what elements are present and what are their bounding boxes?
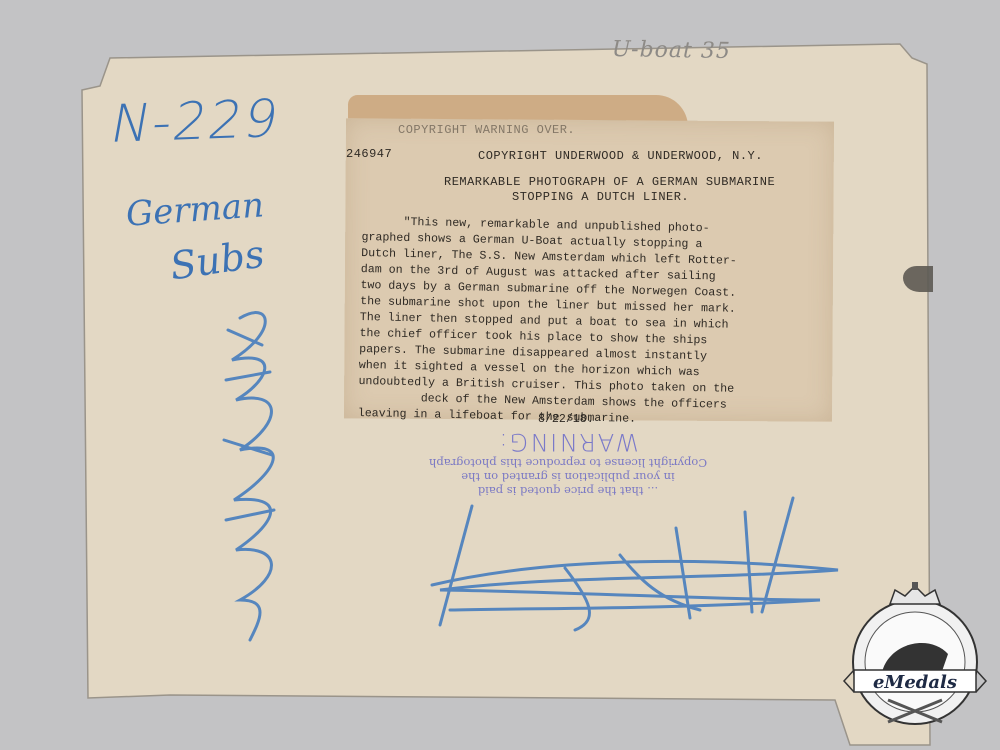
copyright-line: COPYRIGHT UNDERWOOD & UNDERWOOD, N.Y. (478, 148, 763, 164)
clipping-header: COPYRIGHT WARNING OVER. (398, 122, 575, 138)
stamp-line3: ... that the price quoted is paid (418, 484, 718, 498)
caption-title-line1: REMARKABLE PHOTOGRAPH OF A GERMAN SUBMAR… (444, 174, 775, 190)
caption-body: "This new, remarkable and unpublished ph… (358, 214, 738, 430)
stamp-line2: in your publication is granted on the (418, 470, 718, 484)
caption-date: 8/22/18. (538, 412, 594, 428)
caption-title-line2: STOPPING A DUTCH LINER. (512, 189, 689, 205)
brand-text: eMedals (873, 672, 957, 693)
edge-stain (903, 266, 933, 292)
photo-id: 246947 (346, 146, 392, 162)
stamp-line1: Copyright license to reproduce this phot… (418, 456, 718, 470)
emedals-badge-icon: eMedals (840, 582, 990, 732)
emedals-watermark: eMedals (840, 582, 990, 732)
warning-stamp: ... that the price quoted is paid in you… (418, 428, 718, 498)
stamp-title: WARNING: (418, 428, 718, 456)
